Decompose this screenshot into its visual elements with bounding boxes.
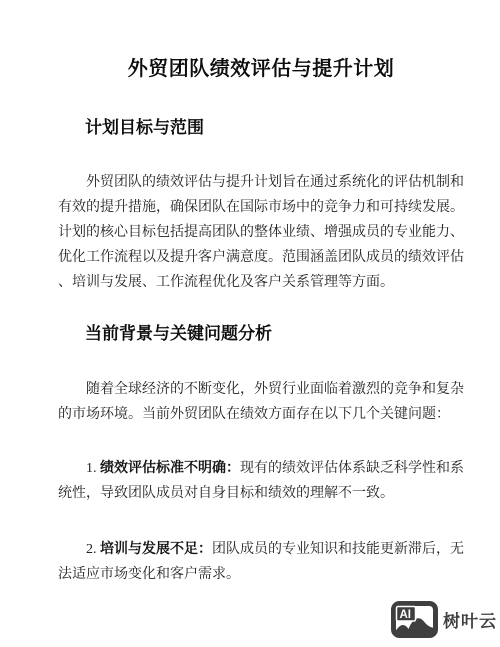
section-heading-analysis: 当前背景与关键问题分析 bbox=[85, 323, 464, 345]
ai-image-logo-icon: AI bbox=[391, 601, 438, 638]
paragraph-background: 随着全球经济的不断变化，外贸行业面临着激烈的竞争和复杂的市场环境。当前外贸团队在… bbox=[58, 377, 464, 427]
document-content: 外贸团队绩效评估与提升计划 计划目标与范围 外贸团队的绩效评估与提升计划旨在通过… bbox=[58, 0, 464, 587]
list-item-1-number: 1. bbox=[86, 461, 100, 476]
document-title-text: 外贸团队绩效评估与提升计划 bbox=[128, 58, 395, 80]
list-item-2-number: 2. bbox=[86, 542, 100, 557]
section-heading-objectives: 计划目标与范围 bbox=[85, 117, 464, 139]
list-item-2-label: 培训与发展不足： bbox=[100, 540, 212, 556]
list-item-2: 2. 培训与发展不足：团队成员的专业知识和技能更新滞后，无法适应市场变化和客户需… bbox=[58, 536, 464, 587]
logo-ai-badge-text: AI bbox=[400, 609, 412, 621]
watermark: AI 树叶云 bbox=[391, 601, 497, 638]
watermark-brand-text: 树叶云 bbox=[443, 607, 497, 632]
list-item-1-label: 绩效评估标准不明确： bbox=[100, 459, 240, 475]
paragraph-objectives: 外贸团队的绩效评估与提升计划旨在通过系统化的评估机制和有效的提升措施，确保团队在… bbox=[58, 170, 464, 295]
list-item-1: 1. 绩效评估标准不明确：现有的绩效评估体系缺乏科学性和系统性，导致团队成员对自… bbox=[58, 455, 464, 506]
document-title: 外贸团队绩效评估与提升计划 bbox=[58, 54, 464, 84]
document-page: 外贸团队绩效评估与提升计划 计划目标与范围 外贸团队的绩效评估与提升计划旨在通过… bbox=[0, 0, 500, 647]
